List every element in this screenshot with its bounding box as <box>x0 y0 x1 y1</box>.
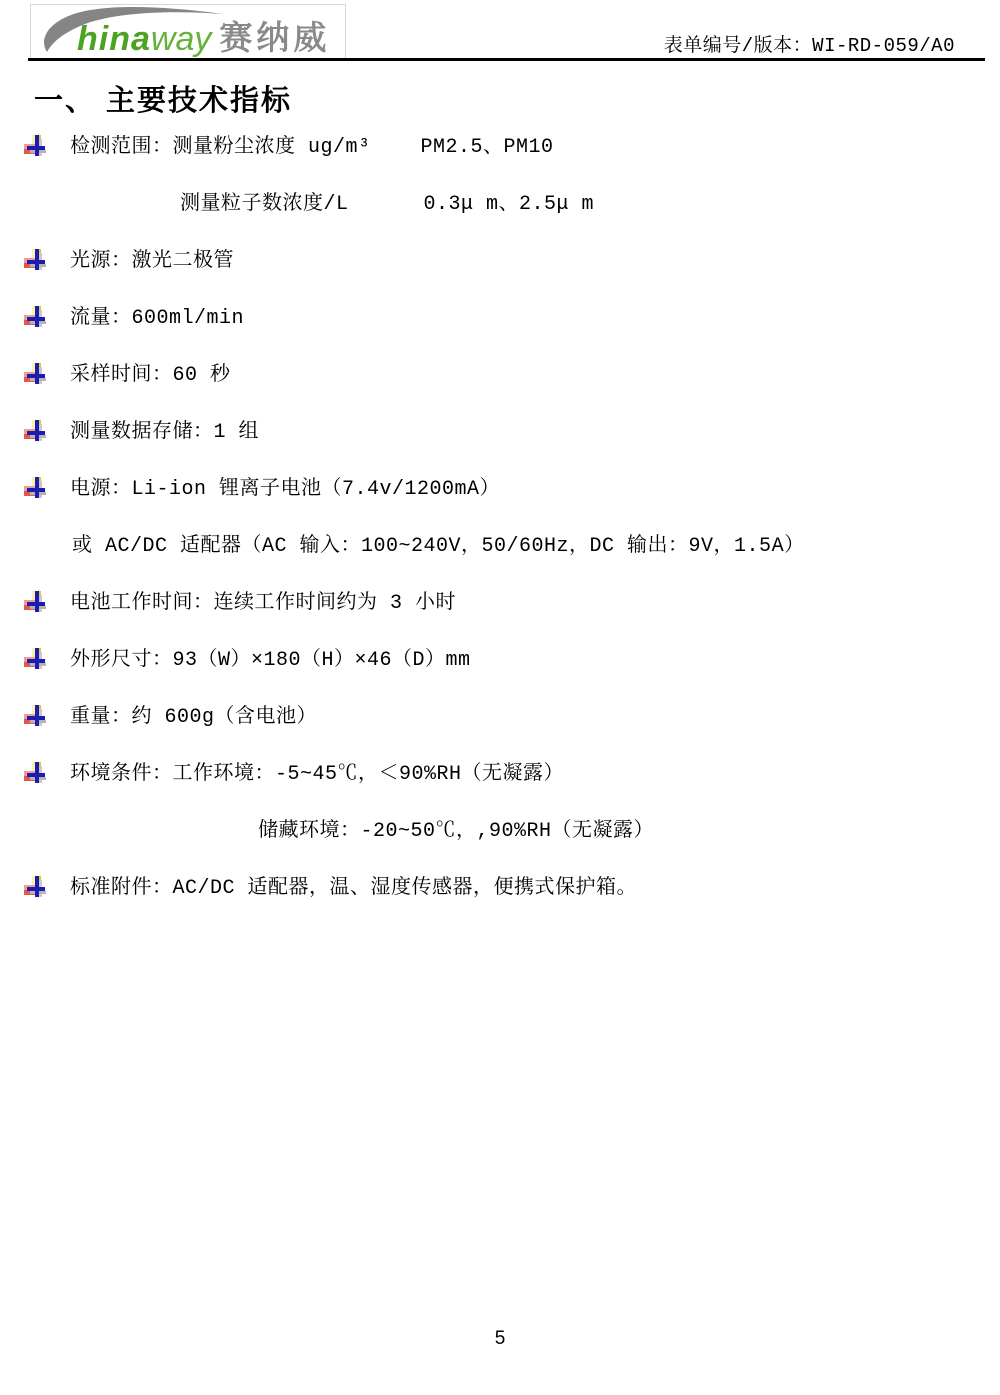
logo-latin-bold: hina <box>77 20 151 58</box>
logo-text: hinaway赛纳威 <box>77 21 330 56</box>
spec-item-row: 采样时间：60 秒 <box>24 362 984 419</box>
spec-item-row: 电源：Li-ion 锂离子电池（7.4v/1200mA） <box>24 476 984 533</box>
spec-item-row: 重量：约 600g（含电池） <box>24 704 984 761</box>
colored-plus-bullet-icon <box>24 135 46 157</box>
colored-plus-bullet-icon <box>24 876 46 898</box>
spec-item-row: 测量粒子数浓度/L 0.3μ m、2.5μ m <box>24 191 984 248</box>
bullet-plus-horizontal <box>27 659 45 663</box>
spec-item-text: 电源：Li-ion 锂离子电池（7.4v/1200mA） <box>70 476 500 503</box>
spec-item-row: 电池工作时间：连续工作时间约为 3 小时 <box>24 590 984 647</box>
colored-plus-bullet-icon <box>24 249 46 271</box>
bullet-plus-horizontal <box>27 146 45 150</box>
logo-chinese: 赛纳威 <box>219 19 330 56</box>
spec-item-row: 环境条件：工作环境：-5~45℃，＜90%RH（无凝露） <box>24 761 984 818</box>
spec-item-row: 光源：激光二极管 <box>24 248 984 305</box>
spec-item-text: 环境条件：工作环境：-5~45℃，＜90%RH（无凝露） <box>70 761 564 788</box>
colored-plus-bullet-icon <box>24 762 46 784</box>
spec-item-row: 流量：600ml/min <box>24 305 984 362</box>
bullet-plus-horizontal <box>27 716 45 720</box>
spec-item-text: 重量：约 600g（含电池） <box>70 704 317 731</box>
spec-item-text: 检测范围：测量粉尘浓度 ug/m³ PM2.5、PM10 <box>70 134 554 161</box>
spec-item-text: 或 AC/DC 适配器（AC 输入：100~240V，50/60Hz，DC 输出… <box>70 533 805 560</box>
bullet-plus-horizontal <box>27 773 45 777</box>
bullet-plus-horizontal <box>27 488 45 492</box>
bullet-plus-horizontal <box>27 602 45 606</box>
spec-item-text: 储藏环境：-20~50℃，,90%RH（无凝露） <box>70 818 654 845</box>
colored-plus-bullet-icon <box>24 705 46 727</box>
form-code-label: 表单编号/版本：WI-RD-059/A0 <box>664 30 955 57</box>
logo-latin-light: way <box>151 20 211 58</box>
bullet-plus-horizontal <box>27 887 45 891</box>
section-heading: 一、 主要技术指标 <box>34 78 292 119</box>
spec-item-text: 流量：600ml/min <box>70 305 244 332</box>
colored-plus-bullet-icon <box>24 648 46 670</box>
colored-plus-bullet-icon <box>24 363 46 385</box>
spec-item-row: 储藏环境：-20~50℃，,90%RH（无凝露） <box>24 818 984 875</box>
spec-item-row: 标准附件：AC/DC 适配器，温、湿度传感器，便携式保护箱。 <box>24 875 984 932</box>
colored-plus-bullet-icon <box>24 420 46 442</box>
bullet-plus-horizontal <box>27 431 45 435</box>
colored-plus-bullet-icon <box>24 591 46 613</box>
spec-item-text: 光源：激光二极管 <box>70 248 234 275</box>
bullet-plus-horizontal <box>27 317 45 321</box>
header-divider <box>28 58 985 61</box>
bullet-plus-horizontal <box>27 374 45 378</box>
spec-item-text: 测量数据存储：1 组 <box>70 419 259 446</box>
spec-item-row: 外形尺寸：93（W）×180（H）×46（D）mm <box>24 647 984 704</box>
colored-plus-bullet-icon <box>24 306 46 328</box>
spec-item-row: 测量数据存储：1 组 <box>24 419 984 476</box>
spec-item-text: 电池工作时间：连续工作时间约为 3 小时 <box>70 590 456 617</box>
spec-item-text: 测量粒子数浓度/L 0.3μ m、2.5μ m <box>70 191 594 218</box>
page-number: 5 <box>0 1328 1000 1350</box>
spec-list: 检测范围：测量粉尘浓度 ug/m³ PM2.5、PM10 测量粒子数浓度/L 0… <box>24 134 984 932</box>
spec-item-row: 检测范围：测量粉尘浓度 ug/m³ PM2.5、PM10 <box>24 134 984 191</box>
company-logo: hinaway赛纳威 <box>30 4 346 59</box>
document-page: hinaway赛纳威 表单编号/版本：WI-RD-059/A0 一、 主要技术指… <box>0 0 1000 1395</box>
bullet-plus-horizontal <box>27 260 45 264</box>
spec-item-row: 或 AC/DC 适配器（AC 输入：100~240V，50/60Hz，DC 输出… <box>24 533 984 590</box>
spec-item-text: 外形尺寸：93（W）×180（H）×46（D）mm <box>70 647 471 674</box>
colored-plus-bullet-icon <box>24 477 46 499</box>
spec-item-text: 采样时间：60 秒 <box>70 362 231 389</box>
spec-item-text: 标准附件：AC/DC 适配器，温、湿度传感器，便携式保护箱。 <box>70 875 637 902</box>
